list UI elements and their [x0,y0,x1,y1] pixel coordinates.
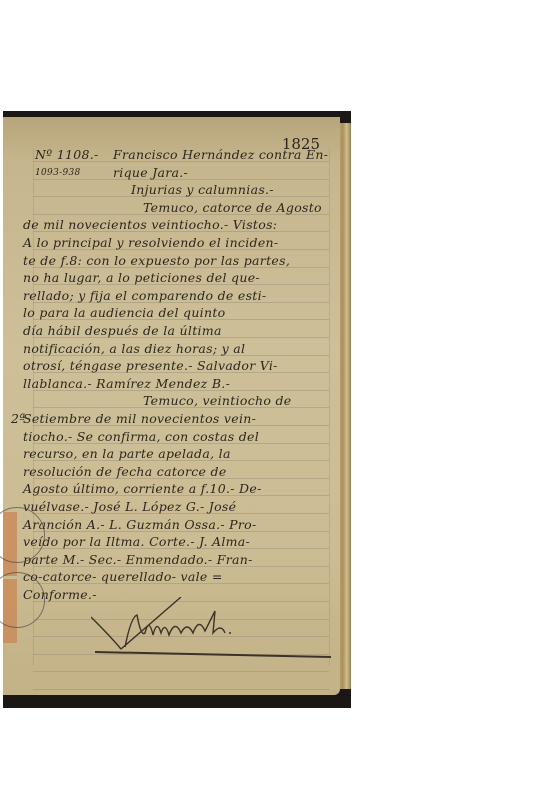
handwritten-line: llablanca.- Ramírez Mendez B.- [23,376,230,391]
handwritten-line: A lo principal y resolviendo el inciden- [23,235,278,250]
handwritten-line: recurso, en la parte apelada, la [23,446,231,461]
handwritten-line: tiocho.- Se confirma, con costas del [23,429,259,444]
signature [91,597,291,657]
handwritten-line: vuélvase.- José L. López G.- José [23,499,236,514]
margin-note: 1093-938 [35,168,81,178]
handwritten-line: Injurias y calumnias.- [131,182,274,197]
handwritten-line: Temuco, catorce de Agosto [143,200,322,215]
handwritten-line: Temuco, veintiocho de [143,393,291,408]
handwritten-line: Francisco Hernández contra En- [113,147,328,162]
handwritten-line: día hábil después de la última [23,323,222,338]
ledger-page: 1825 Francisco Hernández contra En-rique… [3,117,340,695]
ruled-line [33,689,329,690]
handwritten-line: rique Jara.- [113,165,188,180]
handwritten-line: co-catorce- querellado- vale = [23,569,223,584]
margin-note: Nº 1108.- [35,147,99,162]
handwritten-line: Setiembre de mil novecientos vein- [23,411,256,426]
handwritten-line: no ha lugar, a lo peticiones del que- [23,270,260,285]
handwritten-line: rellado; y fija el comparendo de esti- [23,288,266,303]
document-photo: 1825 Francisco Hernández contra En-rique… [3,111,351,708]
handwritten-line: notificación, a las diez horas; y al [23,341,245,356]
handwritten-line: resolución de fecha catorce de [23,464,227,479]
handwritten-line: Aranción A.- L. Guzmán Ossa.- Pro- [23,517,257,532]
handwritten-line: otrosí, téngase presente.- Salvador Vi- [23,358,278,373]
margin-note: 2ª [11,411,26,426]
ruled-line [33,671,329,672]
handwritten-line: te de f.8: con lo expuesto por las parte… [23,253,290,268]
handwritten-line: parte M.- Sec.- Enmendado.- Fran- [23,552,253,567]
handwritten-line: lo para la audiencia del quinto [23,305,225,320]
handwritten-line: de mil novecientos veintiocho.- Vistos: [23,217,277,232]
handwritten-line: veído por la Iltma. Corte.- J. Alma- [23,534,250,549]
handwritten-line: Agosto último, corriente a f.10.- De- [23,481,262,496]
margin-line-right [329,149,330,665]
